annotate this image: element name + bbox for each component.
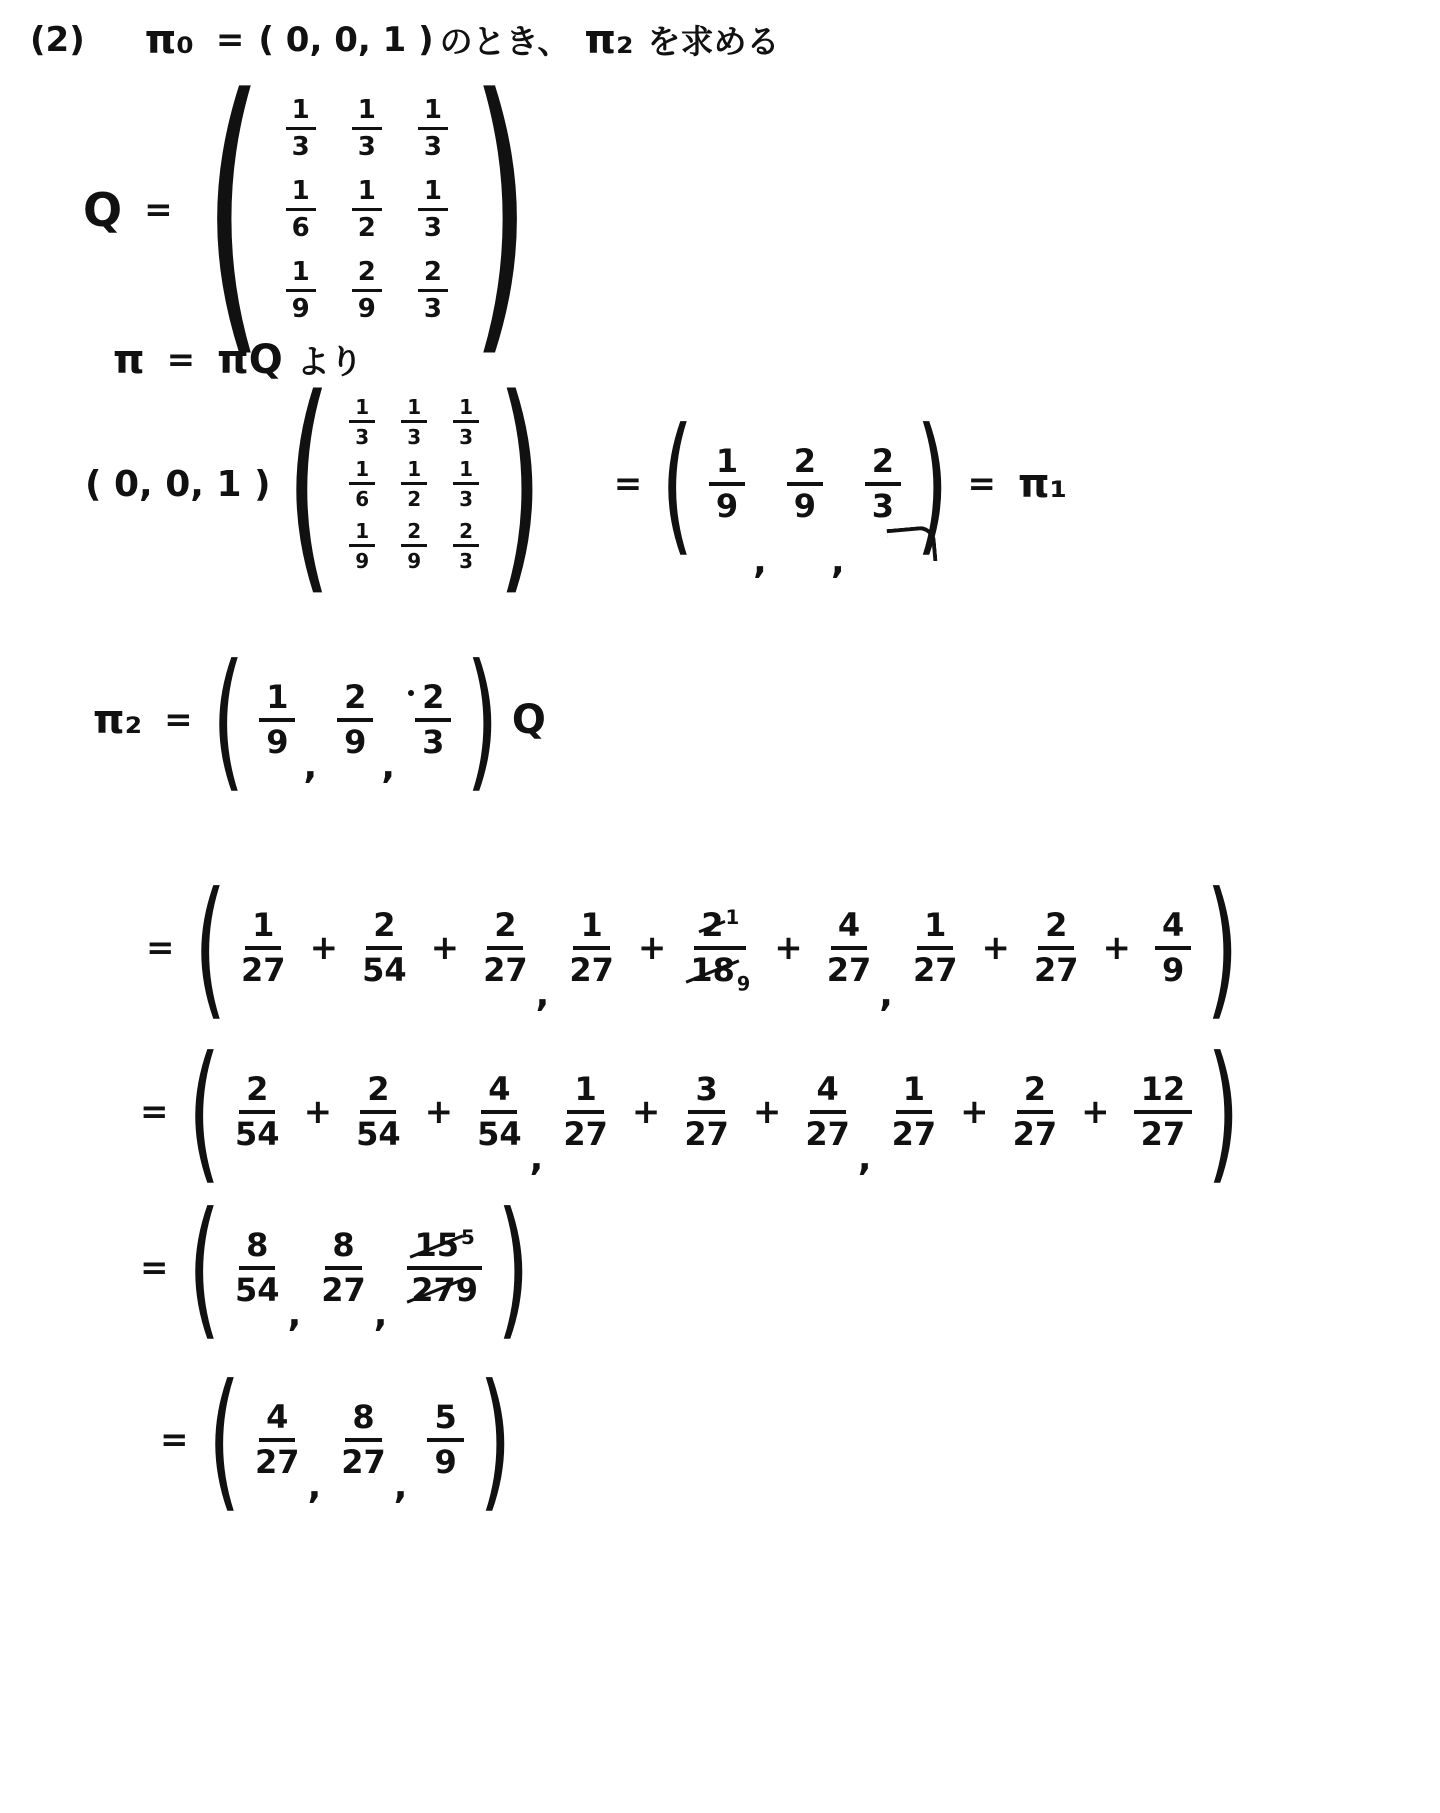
fraction: 254 [362,908,407,988]
operator: = [614,464,643,504]
fraction: 23 [415,680,451,760]
fraction: 854 [235,1228,280,1308]
numerator: 1 [286,258,316,292]
denominator: 9 [266,722,288,760]
math-symbol: Q [512,697,546,743]
right-paren: ) [471,97,530,322]
big-paren: ) [479,1384,511,1497]
handwritten-math-note: (2)π₀=( 0, 0, 1 )のとき、π₂を求める Q=(131313161… [0,0,1440,1813]
problem-statement: (2)π₀=( 0, 0, 1 )のとき、π₂を求める [30,16,786,63]
math-symbol: π₀ [145,17,194,63]
pi2-definition: π₂=(19,29,23)Q [85,664,554,777]
fraction: 427 [255,1400,300,1480]
numerator: 2 [352,258,382,292]
fraction: 23 [453,520,479,572]
math-symbol: π₁ [1018,461,1067,507]
fraction: 29 [787,444,823,524]
fraction: 29 [401,520,427,572]
big-paren: ) [467,664,499,777]
numerator: 1 [917,908,953,950]
denominator: 27 [892,1114,937,1152]
fraction: 127 [913,908,958,988]
operator: + [960,1092,989,1132]
denominator: 3 [355,423,369,448]
denominator: 3 [407,423,421,448]
numerator: 2 [453,520,479,547]
math-symbol: Q [83,183,122,237]
denominator: 3 [459,485,473,510]
denominator: 3 [422,722,444,760]
operator: + [632,1092,661,1132]
denominator: 2 [407,485,421,510]
comma: , [879,977,893,1013]
numerator: 4 [831,908,867,950]
denominator: 27 [1013,1114,1058,1152]
numerator: 1 [418,96,448,130]
operator: + [1081,1092,1110,1132]
fraction: 13 [418,96,448,161]
denominator: 9 [407,547,421,572]
denominator: 9 [794,486,816,524]
numerator: 1 [349,520,375,547]
numerator: 1 [453,458,479,485]
numerator: 2 [415,680,451,722]
comma: , [308,1469,322,1505]
denominator: 3 [459,547,473,572]
operator: = [140,1092,169,1132]
big-paren: ( [188,1212,220,1325]
fraction: 12 [352,177,382,242]
operator: = [167,340,196,380]
q-matrix-definition: Q=(131313161213192923) [75,96,547,324]
fraction: 155279 [407,1228,481,1308]
numerator: 2 [239,1072,275,1114]
denominator: 2 [358,211,376,243]
denominator: 27 [241,950,286,988]
numerator: 2 [487,908,523,950]
denominator: 9 [344,722,366,760]
numerator: 1 [259,680,295,722]
denominator: 9 [358,292,376,324]
denominator: 3 [424,292,442,324]
fraction: 13 [453,396,479,448]
math-symbol: πQ [217,337,283,383]
fraction: 127 [563,1072,608,1152]
fraction: 227 [1013,1072,1058,1152]
operator: + [1103,928,1132,968]
fraction: 13 [401,396,427,448]
numerator: 1 [352,96,382,130]
numerator: 4 [259,1400,295,1442]
fraction: 16 [349,458,375,510]
fraction: 49 [1155,908,1191,988]
fraction: 127 [892,1072,937,1152]
big-paren: ( [661,428,693,541]
fraction: 12 [401,458,427,510]
correction-digit: 5 [461,1227,475,1249]
numerator: 8 [345,1400,381,1442]
denominator: 6 [355,485,369,510]
denominator: 3 [358,130,376,162]
fraction: 254 [235,1072,280,1152]
numerator: 1 [286,177,316,211]
numerator: 4 [1155,908,1191,950]
fraction: 227 [483,908,528,988]
fraction: 19 [709,444,745,524]
numerator: 2 [401,520,427,547]
numerator: 2 [337,680,373,722]
denominator: 27 [805,1114,850,1152]
denominator: 27 [827,950,872,988]
denominator: 27 [255,1442,300,1480]
operator: = [140,1248,169,1288]
denominator: 9 [355,547,369,572]
numerator: 2 [1017,1072,1053,1114]
numerator: 1 [573,908,609,950]
numerator: 2 [360,1072,396,1114]
operator: + [638,928,667,968]
pi2-expansion-step1: =(127+254+227,127+21189+427,127+227+49) [132,892,1244,1005]
fraction: 29 [337,680,373,760]
numerator: 12 [1134,1072,1193,1114]
denominator: 27 [569,950,614,988]
fraction: 29 [352,258,382,323]
numerator: 1 [567,1072,603,1114]
denominator: 189 [690,950,750,988]
denominator: 27 [684,1114,729,1152]
struck-digit: 15 [414,1228,459,1263]
row-vector: ( 0, 0, 1 ) [85,464,271,505]
q-matrix: (131313161213192923) [197,96,537,324]
fraction: 127 [569,908,614,988]
operator: + [425,1092,454,1132]
fraction: 23 [865,444,901,524]
numerator: 2 [418,258,448,292]
numerator: 1 [286,96,316,130]
stray-ink-dot [408,690,414,696]
pi2-summation-step: =(854,827,155279) [126,1212,534,1325]
operator: + [981,928,1010,968]
numerator: 4 [481,1072,517,1114]
denominator: 9 [292,292,310,324]
fraction: 427 [827,908,872,988]
numerator: 155 [407,1228,481,1270]
fraction: 227 [1034,908,1079,988]
numerator: 8 [325,1228,361,1270]
fraction: 59 [427,1400,463,1480]
denominator: 27 [1141,1114,1186,1152]
big-paren: ) [1206,892,1238,1005]
comma: , [303,749,317,785]
left-paren: ( [204,97,263,322]
big-paren: ( [212,664,244,777]
denominator: 27 [563,1114,608,1152]
operator: = [968,464,997,504]
denominator: 9 [716,486,738,524]
numerator: 1 [896,1072,932,1114]
operator: = [164,700,193,740]
big-paren: ( [194,892,226,1005]
comma: , [381,749,395,785]
numerator: 2 [865,444,901,486]
fraction: 327 [684,1072,729,1152]
big-paren: ) [1207,1056,1239,1169]
fraction: 13 [453,458,479,510]
math-symbol: π₂ [584,17,633,63]
matrix-grid: 131313161213192923 [270,96,464,324]
denominator: 9 [1162,950,1184,988]
math-text: ( 0, 0, 1 ) [258,20,433,60]
denominator: 27 [341,1442,386,1480]
numerator: 2 [366,908,402,950]
matrix-grid: 131313161213192923 [336,396,492,572]
operator: = [160,1420,189,1460]
item-label: (2) [30,20,85,60]
comma: , [858,1141,872,1177]
fraction: 13 [418,177,448,242]
denominator: 54 [362,950,407,988]
correction-digit: 1 [726,907,740,929]
numerator: 1 [349,458,375,485]
q-matrix: (131313161213192923) [281,396,548,572]
fraction: 827 [341,1400,386,1480]
operator: + [310,928,339,968]
denominator: 279 [411,1270,478,1308]
correction-digit: 9 [737,974,750,995]
denominator: 3 [459,423,473,448]
pi2-final-result: =(427,827,59) [146,1384,516,1497]
fraction: 1227 [1134,1072,1193,1152]
operator: + [431,928,460,968]
pi1-hook-mark [887,525,938,565]
fraction: 13 [286,96,316,161]
math-symbol: π₂ [93,697,142,743]
denominator: 3 [872,486,894,524]
numerator: 1 [352,177,382,211]
comma: , [530,1141,544,1177]
comma: , [831,544,845,580]
denominator: 27 [913,950,958,988]
denominator: 9 [434,1442,456,1480]
fraction: 427 [805,1072,850,1152]
comma: , [374,1297,388,1333]
denominator: 54 [235,1114,280,1152]
denominator: 54 [356,1114,401,1152]
numerator: 1 [401,458,427,485]
operator: + [774,928,803,968]
japanese-text: を求める [648,16,780,63]
denominator: 3 [292,130,310,162]
big-paren: ( [188,1056,220,1169]
fraction: 13 [349,396,375,448]
fraction: 827 [321,1228,366,1308]
numerator: 1 [401,396,427,423]
numerator: 3 [688,1072,724,1114]
denominator: 6 [292,211,310,243]
denominator: 54 [235,1270,280,1308]
struck-digit: 18 [690,953,735,988]
operator: = [146,928,175,968]
numerator: 5 [427,1400,463,1442]
fraction: 454 [477,1072,522,1152]
fraction: 16 [286,177,316,242]
operator: + [304,1092,333,1132]
comma: , [536,977,550,1013]
numerator: 21 [694,908,746,950]
fraction: 21189 [690,908,750,988]
big-paren: ) [916,428,948,541]
operator: = [144,190,173,230]
numerator: 1 [418,177,448,211]
left-paren: ( [286,398,331,571]
numerator: 1 [453,396,479,423]
numerator: 2 [1038,908,1074,950]
big-paren: ( [208,1384,240,1497]
fraction: 254 [356,1072,401,1152]
denominator: 54 [477,1114,522,1152]
fraction: 19 [259,680,295,760]
denominator: 27 [321,1270,366,1308]
fraction: 19 [286,258,316,323]
fraction: 127 [241,908,286,988]
struck-digit: 2 [701,908,723,943]
operator: + [753,1092,782,1132]
numerator: 1 [709,444,745,486]
fraction: 19 [349,520,375,572]
pi2-expansion-step2: =(254+254+454,127+327+427,127+227+1227) [126,1056,1245,1169]
right-paren: ) [497,398,542,571]
struck-digit: 27 [411,1273,456,1308]
denominator: 3 [424,130,442,162]
math-symbol: π [113,337,145,383]
numerator: 2 [787,444,823,486]
numerator: 1 [245,908,281,950]
numerator: 1 [349,396,375,423]
comma: , [394,1469,408,1505]
numerator: 8 [239,1228,275,1270]
numerator: 4 [810,1072,846,1114]
denominator: 27 [1034,950,1079,988]
comma: , [753,544,767,580]
denominator: 3 [424,211,442,243]
digit: 9 [456,1273,478,1308]
big-paren: ) [497,1212,529,1325]
comma: , [288,1297,302,1333]
fraction: 13 [352,96,382,161]
denominator: 27 [483,950,528,988]
fraction: 23 [418,258,448,323]
